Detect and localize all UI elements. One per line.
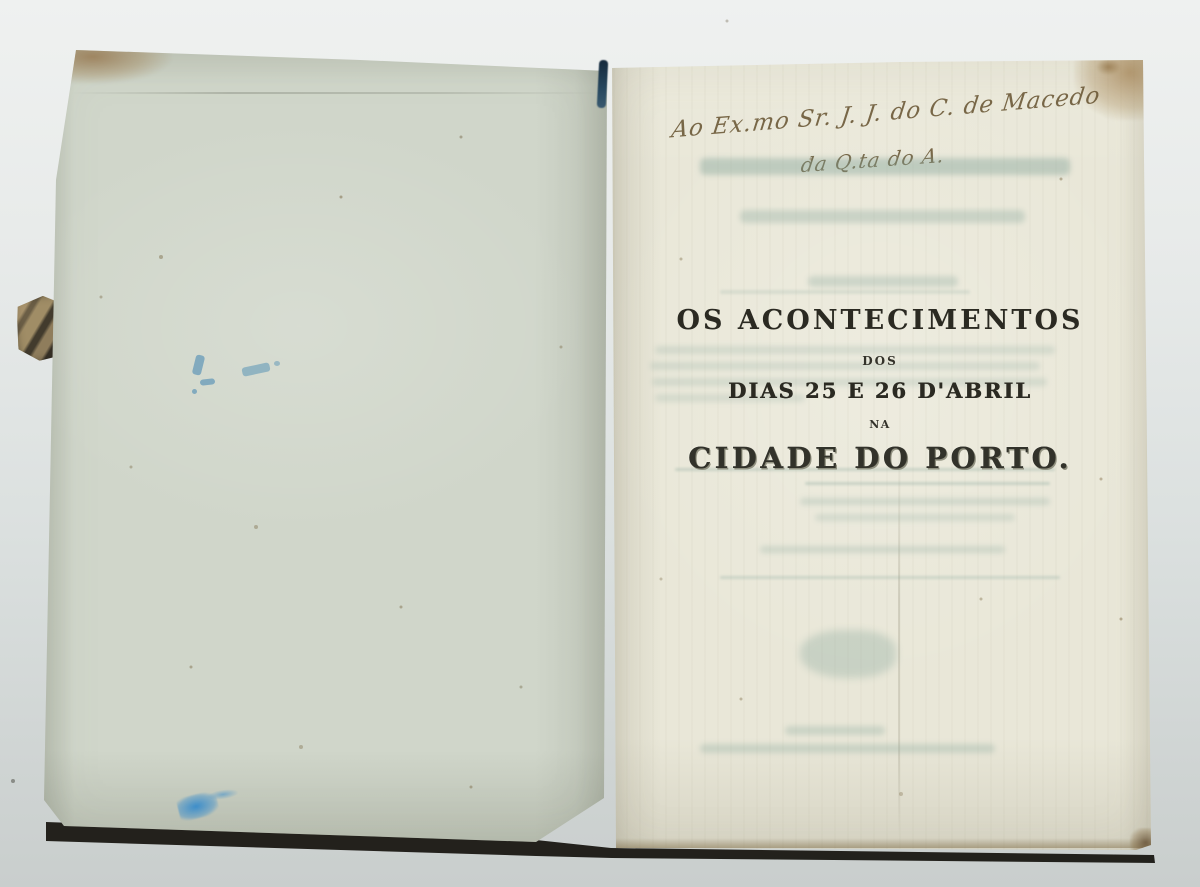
right-page: Ao Ex.mo Sr. J. J. do C. de Macedo da Q.… — [600, 58, 1160, 858]
bottom-corner-stain — [1130, 828, 1156, 852]
show-through-rule — [720, 576, 1060, 579]
title-line-os-acontecimentos: OS ACONTECIMENTOS — [600, 305, 1160, 336]
show-through-imprint — [700, 744, 995, 753]
title-line-dias-25-26-abril: DIAS 25 E 26 D'ABRIL — [600, 378, 1160, 403]
show-through-line — [760, 546, 1005, 553]
show-through-rule — [805, 482, 1050, 485]
page-bottom-edge — [614, 838, 1152, 848]
fold-crease — [70, 92, 600, 94]
show-through-line — [720, 290, 970, 294]
show-through-line — [815, 514, 1015, 521]
title-line-na: NA — [600, 418, 1160, 431]
show-through-ornament — [800, 630, 896, 678]
show-through-paragraph — [655, 346, 1055, 354]
blue-ink-marks — [190, 351, 310, 441]
paper-specks-left — [40, 46, 42, 48]
show-through-title-line — [700, 158, 1070, 175]
left-page — [40, 46, 615, 846]
show-through-line — [800, 498, 1050, 505]
title-line-dos: DOS — [600, 354, 1160, 368]
inscription-line-1: Ao Ex.mo Sr. J. J. do C. de Macedo — [667, 82, 1105, 143]
dust-specks — [0, 0, 2, 2]
left-page-corner-stain — [62, 42, 172, 84]
show-through-line — [808, 276, 958, 287]
show-through-line — [740, 210, 1025, 223]
show-through-imprint — [785, 726, 885, 735]
title-line-cidade-do-porto: CIDADE DO PORTO. — [600, 441, 1160, 475]
photo-scene: Ao Ex.mo Sr. J. J. do C. de Macedo da Q.… — [0, 0, 1200, 887]
